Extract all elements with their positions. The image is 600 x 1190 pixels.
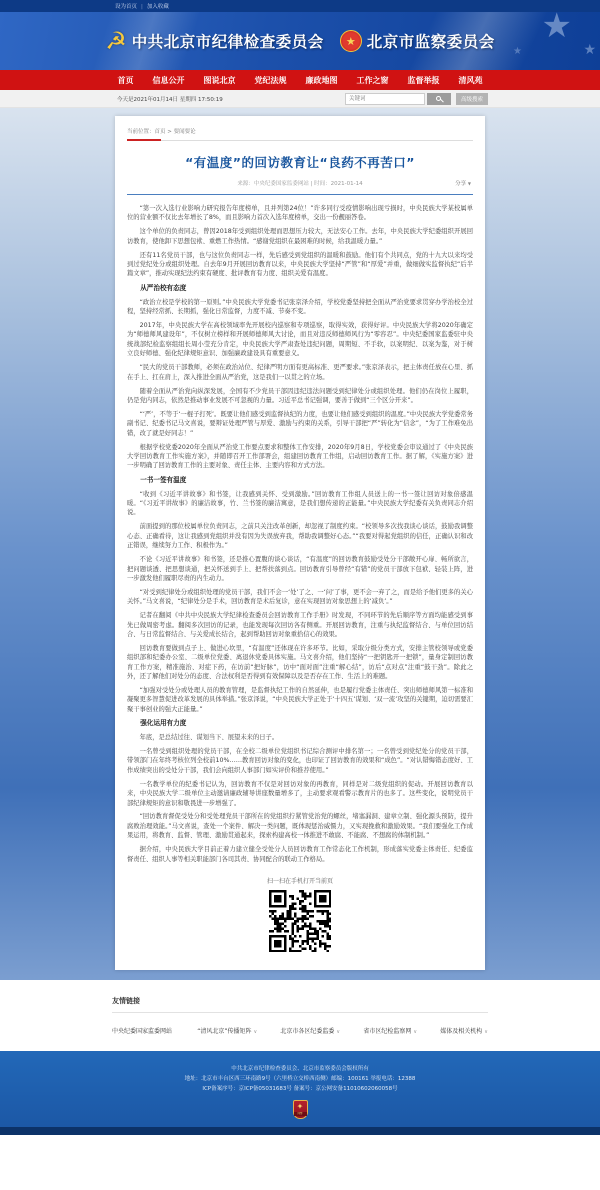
qr-code [269, 890, 332, 953]
national-emblem-icon: ★ [340, 30, 362, 52]
nav-item[interactable]: 工作之窗 [357, 75, 389, 86]
article-meta: 来源：中央纪委国家监委网站 | 时间：2021-01-14 分享 ▼ [127, 179, 473, 195]
today-date: 今天是2021年01月14日 星期四 17:50:19 [117, 95, 223, 103]
article-paragraph: “民大的党员干部教师，必须在政治站位、纪律严明方面有更高标准、更严要求。”张京泽… [127, 363, 473, 382]
nav-item[interactable]: 党纪法规 [255, 75, 287, 86]
org2-title: 北京市监察委员会 [367, 30, 495, 52]
article-paragraph: 不论《习近平讲故事》和书签，还是推心置腹的谈心谈话，“有温度”的回访教育鼓励受处… [127, 555, 473, 583]
date-search-bar: 今天是2021年01月14日 星期四 17:50:19 高级搜索 [0, 90, 600, 108]
chevron-down-icon: ∨ [484, 1029, 488, 1035]
nav-item[interactable]: 监督举报 [408, 75, 440, 86]
friend-link[interactable]: 北京市各区纪委监委∨ [280, 1026, 340, 1035]
article-paragraph: “回访教育督促受处分和受处理党员干部所在的党组织拧紧管党治党的螺丝，堵塞漏洞、建… [127, 812, 473, 840]
nav-item[interactable]: 信息公开 [153, 75, 185, 86]
topbar-link[interactable]: 加入收藏 [137, 2, 169, 10]
org-discipline-commission: ☭ 中共北京市纪律检查委员会 [105, 29, 324, 53]
article-paragraph: “对受到纪律处分或组织处理的党员干部，我们不会一‘处’了之、一‘问’了事，更不会… [127, 588, 473, 607]
article-paragraph: “‘严’，不等于‘一棍子打死’。既要让他们感受到监督执纪的力度，也要让他们感受到… [127, 410, 473, 438]
footer-line: ICP备案序号：京ICP备05031683号 备案号：京公网安备11010602… [0, 1084, 600, 1094]
article-paragraph: 还有11名党员干部，也与这位负责同志一样，先后感受到党组织的温暖和鼓励。他们有个… [127, 251, 473, 279]
article-source-time: 来源：中央纪委国家监委网站 | 时间：2021-01-14 [237, 181, 362, 187]
chevron-down-icon: ∨ [253, 1029, 257, 1035]
nav-item[interactable]: 廉政地图 [306, 75, 338, 86]
bottom-strip [0, 1127, 600, 1135]
article-paragraph: 年底，是总结过往、谋划当下、展望未来的日子。 [127, 733, 473, 742]
advanced-search-button[interactable]: 高级搜索 [456, 93, 488, 105]
article-paragraph: 随着全面从严治党向纵深发展，全国有不少党员干部因违纪违法问题受到纪律处分或组织处… [127, 387, 473, 406]
article-paragraph: 前面提到的那位校属单位负责同志，之前只关注改革创新，却忽视了制度约束。“校领导多… [127, 522, 473, 550]
article-paragraph: 据介绍，中央民族大学目前正着力建立健全受处分人员回访教育工作常态化工作机制，形成… [127, 845, 473, 864]
party-emblem-icon: ☭ [105, 29, 127, 53]
topbar-link[interactable]: 设为首页 [115, 2, 137, 10]
search-input[interactable] [345, 93, 425, 105]
chevron-down-icon: ▼ [468, 181, 471, 186]
article-paragraph: 从严治校有态度 [127, 284, 473, 293]
article-paragraph: 根据学校党委2020年全面从严治党工作要点要求和整体工作安排，2020年9月8日… [127, 443, 473, 471]
article-paragraph: “第一次入选行业影响力研究报告年度榜单，且并列第24位！”许多同行受疫情影响出现… [127, 204, 473, 223]
breadcrumb-section-link[interactable]: 要闻要论 [174, 129, 196, 135]
search-button[interactable] [427, 93, 451, 105]
article-paragraph: 一书一签有温度 [127, 476, 473, 485]
chevron-down-icon: ∨ [336, 1029, 340, 1035]
article-paragraph: 这个单位的负责同志，曾因2018年受到组织处理而思想压力较大，无法安心工作。去年… [127, 227, 473, 246]
site-footer: 中共北京市纪律检查委员会、北京市监察委员会版权所有地址：北京市丰台区西三环南路9… [0, 1051, 600, 1127]
qr-section: 扫一扫在手机打开当前页 [127, 876, 473, 957]
chevron-down-icon: ∨ [413, 1029, 417, 1035]
police-badge-label: 网警 [294, 1112, 307, 1116]
footer-line: 中共北京市纪律检查委员会、北京市监察委员会版权所有 [0, 1064, 600, 1074]
nav-item[interactable]: 清风苑 [459, 75, 483, 86]
nav-item[interactable]: 首页 [118, 75, 134, 86]
article-paragraph: 记者在翻阅《中共中央民族大学纪律检查委员会回访教育工作手册》时发现，不同环节的先… [127, 611, 473, 639]
police-badge-icon[interactable]: ✦ 网警 [293, 1100, 308, 1119]
search-icon [436, 96, 441, 101]
article-paragraph: “收到《习近平讲故事》和书签，让我感到关怀、受到激励。”回访教育工作组人员送上的… [127, 490, 473, 518]
org-supervisory-commission: ★ 北京市监察委员会 [340, 30, 495, 52]
content-card: 当前位置：首页 > 要闻要论 “有温度”的回访教育让“良药不再苦口” 来源：中央… [115, 116, 485, 970]
friend-link[interactable]: 省市区纪检监察网∨ [363, 1026, 417, 1035]
breadcrumb-separator: > [167, 129, 172, 135]
article-body: “第一次入选行业影响力研究报告年度榜单，且并列第24位！”许多同行受疫情影响出现… [127, 204, 473, 864]
article-paragraph: “政治立校是学校的第一原则。”中央民族大学党委书记张京泽介绍，学校党委坚持把全面… [127, 298, 473, 317]
breadcrumb-prefix: 当前位置： [127, 129, 155, 135]
article-paragraph: 2017年，中央民族大学在高校领域率先开展校内巡察和专项巡察，取得实效，获得好评… [127, 321, 473, 359]
breadcrumb-home-link[interactable]: 首页 [155, 129, 166, 135]
article-paragraph: “加强对受处分或处理人员的教育管理，是监督执纪工作的自然延伸，也是履行党委主体责… [127, 686, 473, 714]
friend-link[interactable]: 媒体及相关机构∨ [440, 1026, 488, 1035]
friend-links-title: 友情链接 [112, 996, 488, 1013]
breadcrumb: 当前位置：首页 > 要闻要论 [127, 124, 473, 141]
friend-links-row: 中央纪委国家监委网站“清风北京”传播矩阵∨北京市各区纪委监委∨省市区纪检监察网∨… [112, 1026, 488, 1035]
article-paragraph: 一名曾受到组织处理的党员干部，在全校二级单位党组织书记综合测评中排名第一；一名曾… [127, 747, 473, 775]
article-paragraph: 回访教育要做到点子上、做进心坎里，“有温度”还体现在许多环节。比如，采取分级分类… [127, 644, 473, 682]
qr-caption: 扫一扫在手机打开当前页 [127, 876, 473, 885]
friend-link[interactable]: 中央纪委国家监委网站 [112, 1026, 174, 1035]
article-paragraph: 一名教学单位的纪委书记认为，回访教育不仅是对回访对象的再教育，同样是对二级党组织… [127, 780, 473, 808]
friend-link[interactable]: “清风北京”传播矩阵∨ [197, 1026, 257, 1035]
org1-title: 中共北京市纪律检查委员会 [132, 30, 324, 52]
site-header: ★ ★ ★ ☭ 中共北京市纪律检查委员会 ★ 北京市监察委员会 [0, 12, 600, 70]
page: 设为首页加入收藏 ★ ★ ★ ☭ 中共北京市纪律检查委员会 ★ 北京市监察委员会… [0, 0, 600, 1135]
main-background: 当前位置：首页 > 要闻要论 “有温度”的回访教育让“良药不再苦口” 来源：中央… [0, 108, 600, 980]
footer-line: 地址：北京市丰台区西三环南路9号（六里桥立交桥西南侧）邮编：100161 举报电… [0, 1074, 600, 1084]
topbar: 设为首页加入收藏 [0, 0, 600, 12]
share-button[interactable]: 分享 ▼ [455, 179, 471, 187]
friend-links-section: 友情链接 中央纪委国家监委网站“清风北京”传播矩阵∨北京市各区纪委监委∨省市区纪… [0, 980, 600, 1051]
article-paragraph: 强化运用有力度 [127, 719, 473, 728]
main-nav: 首页信息公开图说北京党纪法规廉政地图工作之窗监督举报清风苑 [0, 70, 600, 90]
page-title: “有温度”的回访教育让“良药不再苦口” [127, 153, 473, 171]
nav-item[interactable]: 图说北京 [204, 75, 236, 86]
